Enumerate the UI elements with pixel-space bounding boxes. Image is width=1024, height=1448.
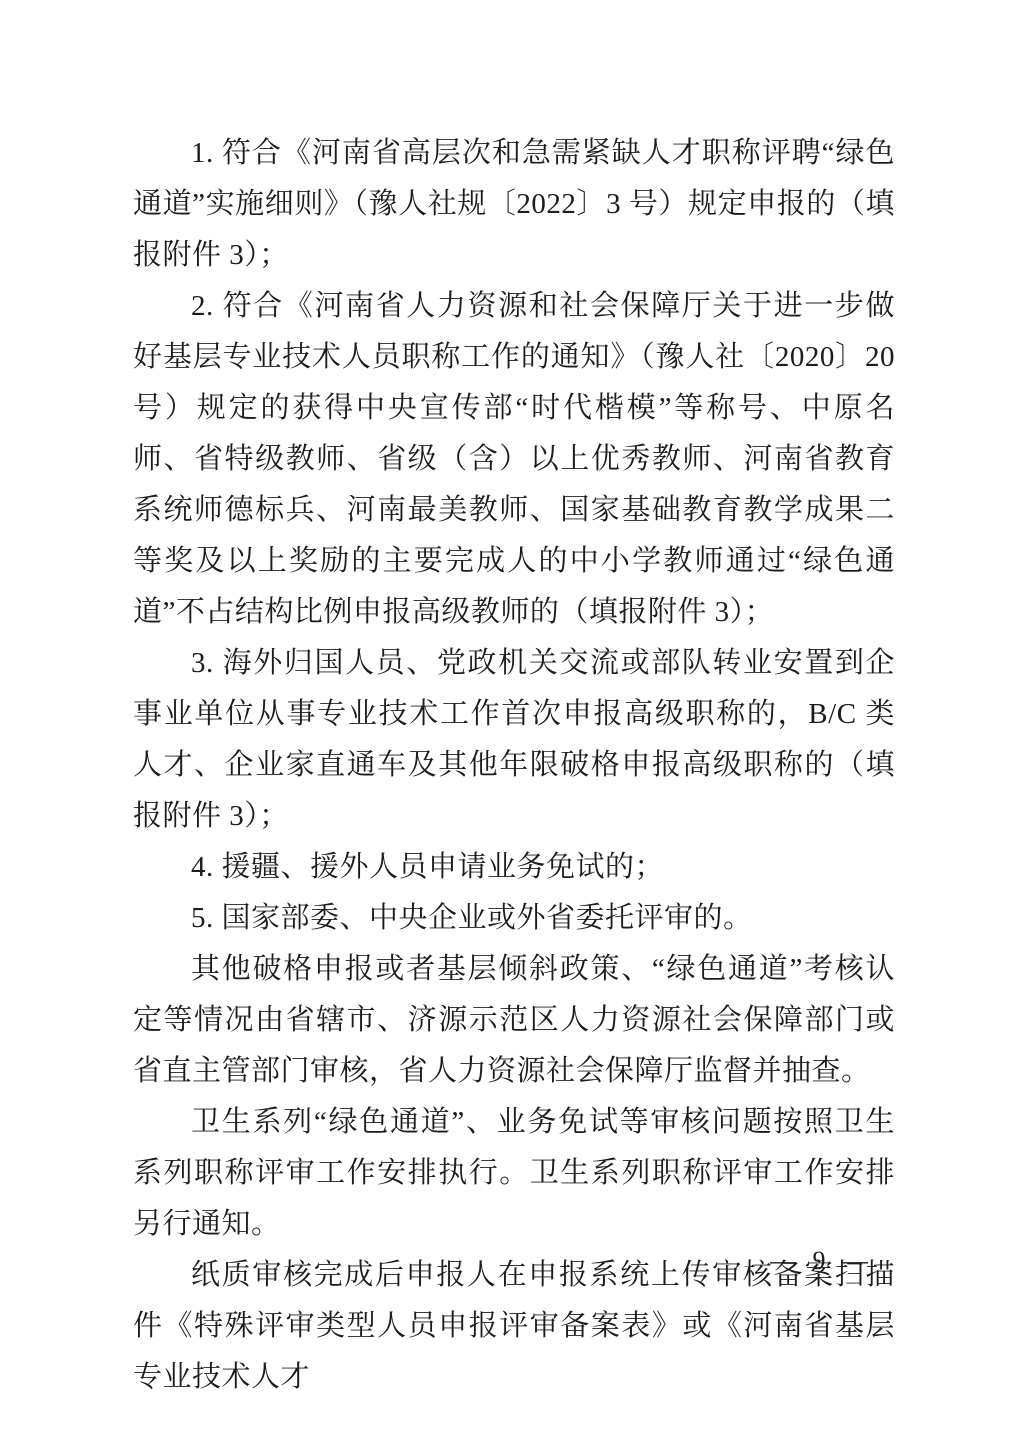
list-item-1-green-channel: 1. 符合《河南省高层次和急需紧缺人才职称评聘“绿色通道”实施细则》（豫人社规〔… bbox=[133, 128, 895, 281]
list-item-5-entrusted-review: 5. 国家部委、中央企业或外省委托评审的。 bbox=[133, 893, 895, 944]
document-body: 1. 符合《河南省高层次和急需紧缺人才职称评聘“绿色通道”实施细则》（豫人社规〔… bbox=[133, 128, 895, 1403]
list-item-3-overseas-returnees: 3. 海外归国人员、党政机关交流或部队转业安置到企事业单位从事专业技术工作首次申… bbox=[133, 638, 895, 842]
paragraph-other-exception-review: 其他破格申报或者基层倾斜政策、“绿色通道”考核认定等情况由省辖市、济源示范区人力… bbox=[133, 944, 895, 1097]
document-page: 1. 符合《河南省高层次和急需紧缺人才职称评聘“绿色通道”实施细则》（豫人社规〔… bbox=[0, 0, 1024, 1448]
paragraph-health-series-arrangement: 卫生系列“绿色通道”、业务免试等审核问题按照卫生系列职称评审工作安排执行。卫生系… bbox=[133, 1097, 895, 1250]
page-number: — 9 — bbox=[770, 1244, 868, 1278]
list-item-2-grassroots-teachers: 2. 符合《河南省人力资源和社会保障厅关于进一步做好基层专业技术人员职称工作的通… bbox=[133, 281, 895, 638]
list-item-4-aid-personnel-exemption: 4. 援疆、援外人员申请业务免试的； bbox=[133, 842, 895, 893]
